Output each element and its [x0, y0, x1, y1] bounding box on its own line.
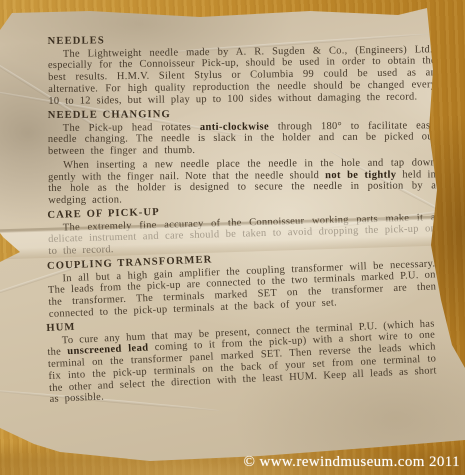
paragraph: The Lightweight needle made by A. R. Sug…: [48, 44, 437, 107]
leaflet-paper: NEEDLES The Lightweight needle made by A…: [0, 0, 465, 475]
paragraph: When inserting a new needle place the ne…: [48, 157, 436, 207]
paragraph-text: The Lightweight needle made by A. R. Sug…: [48, 44, 436, 107]
section-needle-changing: NEEDLE CHANGING The Pick-up head rotates…: [48, 108, 437, 207]
leaflet-text: NEEDLES The Lightweight needle made by A…: [48, 33, 436, 408]
watermark: © www.rewindmuseum.com 2011: [244, 454, 460, 471]
paragraph: The Pick-up head rotates anti-clockwise …: [48, 120, 436, 158]
photo-of-instruction-leaflet: NEEDLES The Lightweight needle made by A…: [0, 0, 465, 475]
section-needles: NEEDLES The Lightweight needle made by A…: [48, 31, 437, 107]
bold-phrase: not be tightly: [325, 169, 396, 180]
paragraph-text: The Pick-up head rotates: [63, 122, 200, 134]
section-hum: HUM To cure any hum that may be present,…: [46, 306, 437, 406]
bold-phrase: anti-clockwise: [200, 121, 269, 132]
